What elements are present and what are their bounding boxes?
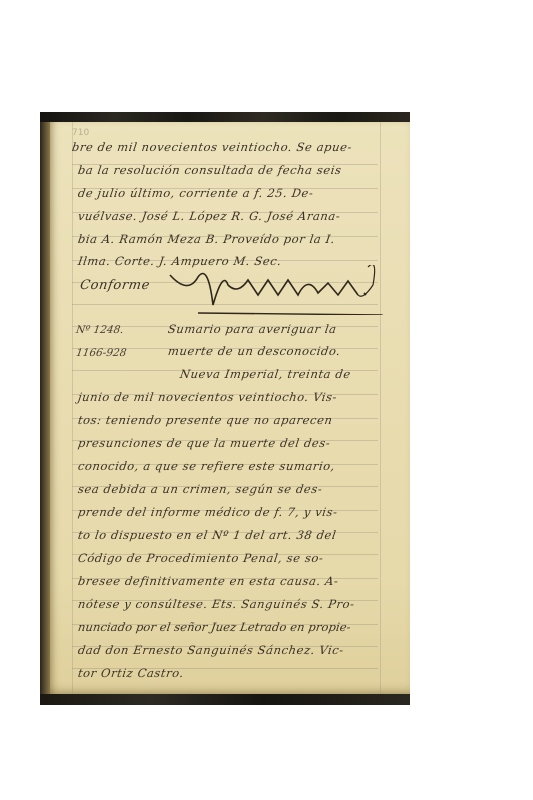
binding-bottom-edge	[40, 694, 410, 705]
left-margin-line	[72, 122, 73, 694]
text-line: bia A. Ramón Meza B. Proveído por la I.	[77, 232, 336, 246]
text-line: prende del informe médico de f. 7, y vis…	[77, 505, 339, 519]
right-margin-line	[380, 122, 381, 694]
text-line: conocido, a que se refiere este sumario,	[77, 459, 336, 473]
conforme-label: Conforme	[79, 279, 151, 293]
text-line: Código de Procedimiento Penal, se so-	[77, 551, 324, 565]
text-line: sea debida a un crimen, según se des-	[77, 482, 323, 496]
text-line: tos: teniendo presente que no aparecen	[77, 413, 334, 427]
text-line: dad don Ernesto Sanguinés Sánchez. Vic-	[77, 643, 345, 657]
title-line: muerte de un desconocido.	[167, 344, 342, 358]
binding-top-edge	[40, 112, 410, 122]
text-line: bresee definitivamente en esta causa. A-	[77, 574, 340, 588]
text-line: ba la resolución consultada de fecha sei…	[77, 163, 343, 177]
text-line: junio de mil novecientos veintiocho. Vis…	[77, 390, 338, 404]
title-line: Sumario para averiguar la	[167, 322, 338, 336]
page-left-shadow	[40, 122, 50, 694]
text-line: bre de mil novecientos veintiocho. Se ap…	[71, 140, 353, 154]
text-line: tor Ortiz Castro.	[77, 666, 185, 680]
text-line: presunciones de que la muerte del des-	[77, 436, 331, 450]
text-line: vuélvase. José L. López R. G. José Arana…	[77, 209, 341, 223]
text-line: nótese y consúltese. Ets. Sanguinés S. P…	[77, 597, 356, 611]
ledger-page: 710 bre de mil novecientos veintiocho. S…	[50, 122, 410, 694]
page-number: 710	[72, 128, 89, 138]
text-line: Nueva Imperial, treinta de	[179, 367, 352, 381]
text-line: to lo dispuesto en el Nº 1 del art. 38 d…	[77, 528, 337, 542]
signature-ampuero	[168, 265, 388, 315]
margin-reference: 1166-928	[75, 347, 127, 359]
text-line: nunciado por el señor Juez Letrado en pr…	[77, 620, 352, 634]
margin-case-number: Nº 1248.	[75, 324, 124, 336]
text-line: de julio último, corriente a f. 25. De-	[77, 186, 314, 200]
document-photo: 710 bre de mil novecientos veintiocho. S…	[40, 112, 410, 705]
